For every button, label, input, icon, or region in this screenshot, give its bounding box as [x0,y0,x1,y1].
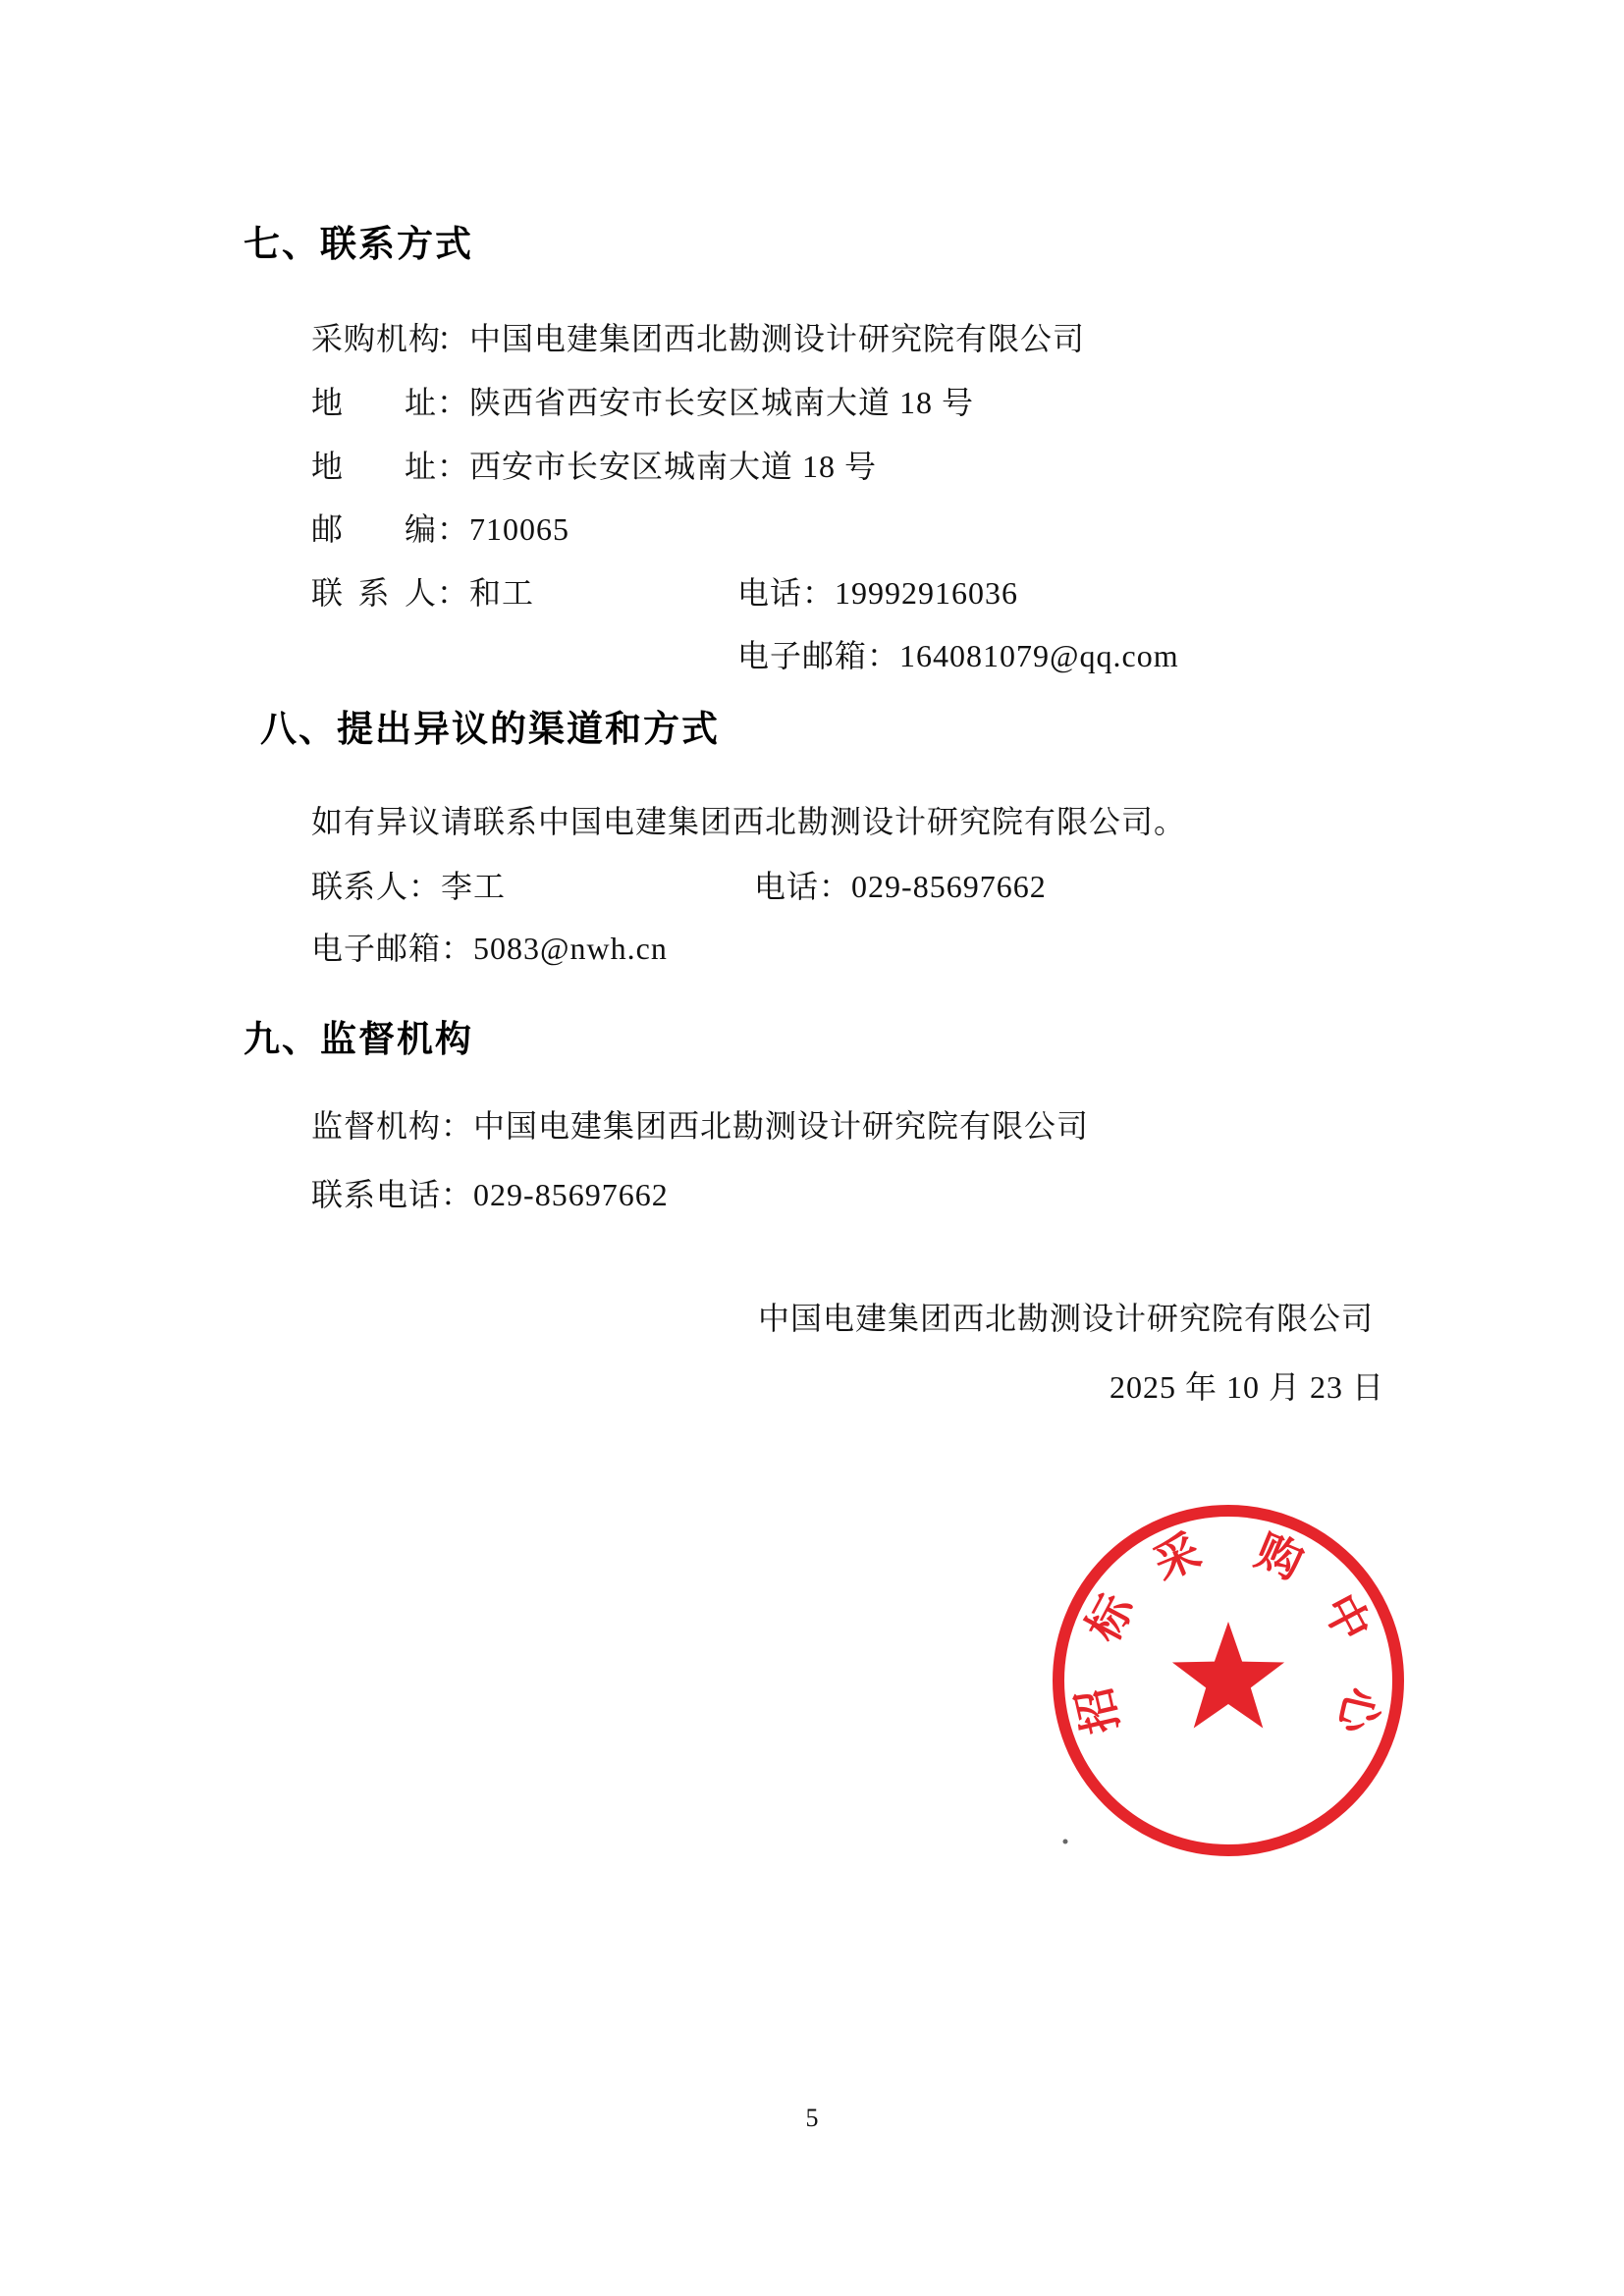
colon: ： [819,869,851,904]
colon: ： [437,321,469,356]
phone-label: 联系电话 [311,1177,441,1212]
supervisor-phone-row: 联系电话：029-85697662 [311,1170,669,1215]
objection-intro: 如有异议请联系中国电建集团西北勘测设计研究院有限公司。 [311,797,1186,842]
seal-char: 心 [1328,1682,1387,1739]
email-label: 电子邮箱 [737,638,867,673]
ink-dot [1063,1840,1068,1844]
email-value: 5083@nwh.cn [473,931,668,966]
address-value: 西安市长安区城南大道 18 号 [469,449,877,484]
email-value: 164081079@qq.com [899,638,1179,673]
phone-value: 029-85697662 [473,1177,669,1212]
objection-email-row: 电子邮箱：5083@nwh.cn [311,924,668,969]
colon: ： [437,575,469,611]
supervisor-value: 中国电建集团西北勘测设计研究院有限公司 [473,1108,1089,1144]
seal-char: 购 [1249,1525,1310,1589]
section-8-heading: 八、提出异议的渠道和方式 [260,699,720,752]
colon: ： [441,1108,473,1144]
objection-contact-row: 联系人：李工 [311,862,506,907]
section-7-heading: 七、联系方式 [244,214,473,267]
colon: ： [408,869,441,904]
document-page: { "ui": { "colon": "：" }, "doc": { "s7":… [0,0,1624,2296]
colon: ： [441,931,473,966]
zipcode-label: 邮编 [311,505,437,550]
signature-date: 2025 年 10 月 23 日 [1110,1362,1384,1408]
contact-person-label: 联系人 [311,568,437,614]
address-row-1: 地址：陕西省西安市长安区城南大道 18 号 [311,378,974,423]
phone-value: 19992916036 [835,575,1018,611]
address-value: 陕西省西安市长安区城南大道 18 号 [469,385,974,420]
section-9-heading: 九、监督机构 [244,1009,473,1062]
colon: ： [867,638,899,673]
page-number: 5 [0,2104,1624,2133]
seal-char: 招 [1068,1682,1127,1737]
contact-person-value: 和工 [469,575,534,611]
seal-char: 采 [1147,1525,1208,1589]
seal-star-icon [1172,1622,1284,1729]
phone-label: 电话 [737,575,802,611]
colon: ： [802,575,835,611]
official-seal: 招 标 采 购 中 心 [1021,1472,1443,1895]
supervisor-row: 监督机构：中国电建集团西北勘测设计研究院有限公司 [311,1101,1089,1147]
email-label: 电子邮箱 [311,931,441,966]
contact-person-value: 李工 [441,869,506,904]
purchaser-label: 采购机构 [311,314,437,359]
phone-label: 电话 [754,869,819,904]
address-label: 地址 [311,442,437,487]
purchaser-row: 采购机构：中国电建集团西北勘测设计研究院有限公司 [311,314,1085,359]
email-row: 电子邮箱：164081079@qq.com [737,631,1179,676]
phone-row: 电话：19992916036 [737,568,1018,614]
contact-person-label: 联系人 [311,869,408,904]
phone-value: 029-85697662 [851,869,1047,904]
colon: ： [441,1177,473,1212]
supervisor-label: 监督机构 [311,1108,441,1144]
address-row-2: 地址：西安市长安区城南大道 18 号 [311,442,877,487]
zipcode-value: 710065 [469,511,569,547]
address-label: 地址 [311,378,437,423]
colon: ： [437,385,469,420]
zipcode-row: 邮编：710065 [311,505,569,550]
contact-person-row: 联系人：和工 [311,568,534,614]
objection-phone-row: 电话：029-85697662 [754,862,1047,907]
colon: ： [437,511,469,547]
purchaser-value: 中国电建集团西北勘测设计研究院有限公司 [469,321,1085,356]
colon: ： [437,449,469,484]
signature-company: 中国电建集团西北勘测设计研究院有限公司 [758,1294,1374,1339]
